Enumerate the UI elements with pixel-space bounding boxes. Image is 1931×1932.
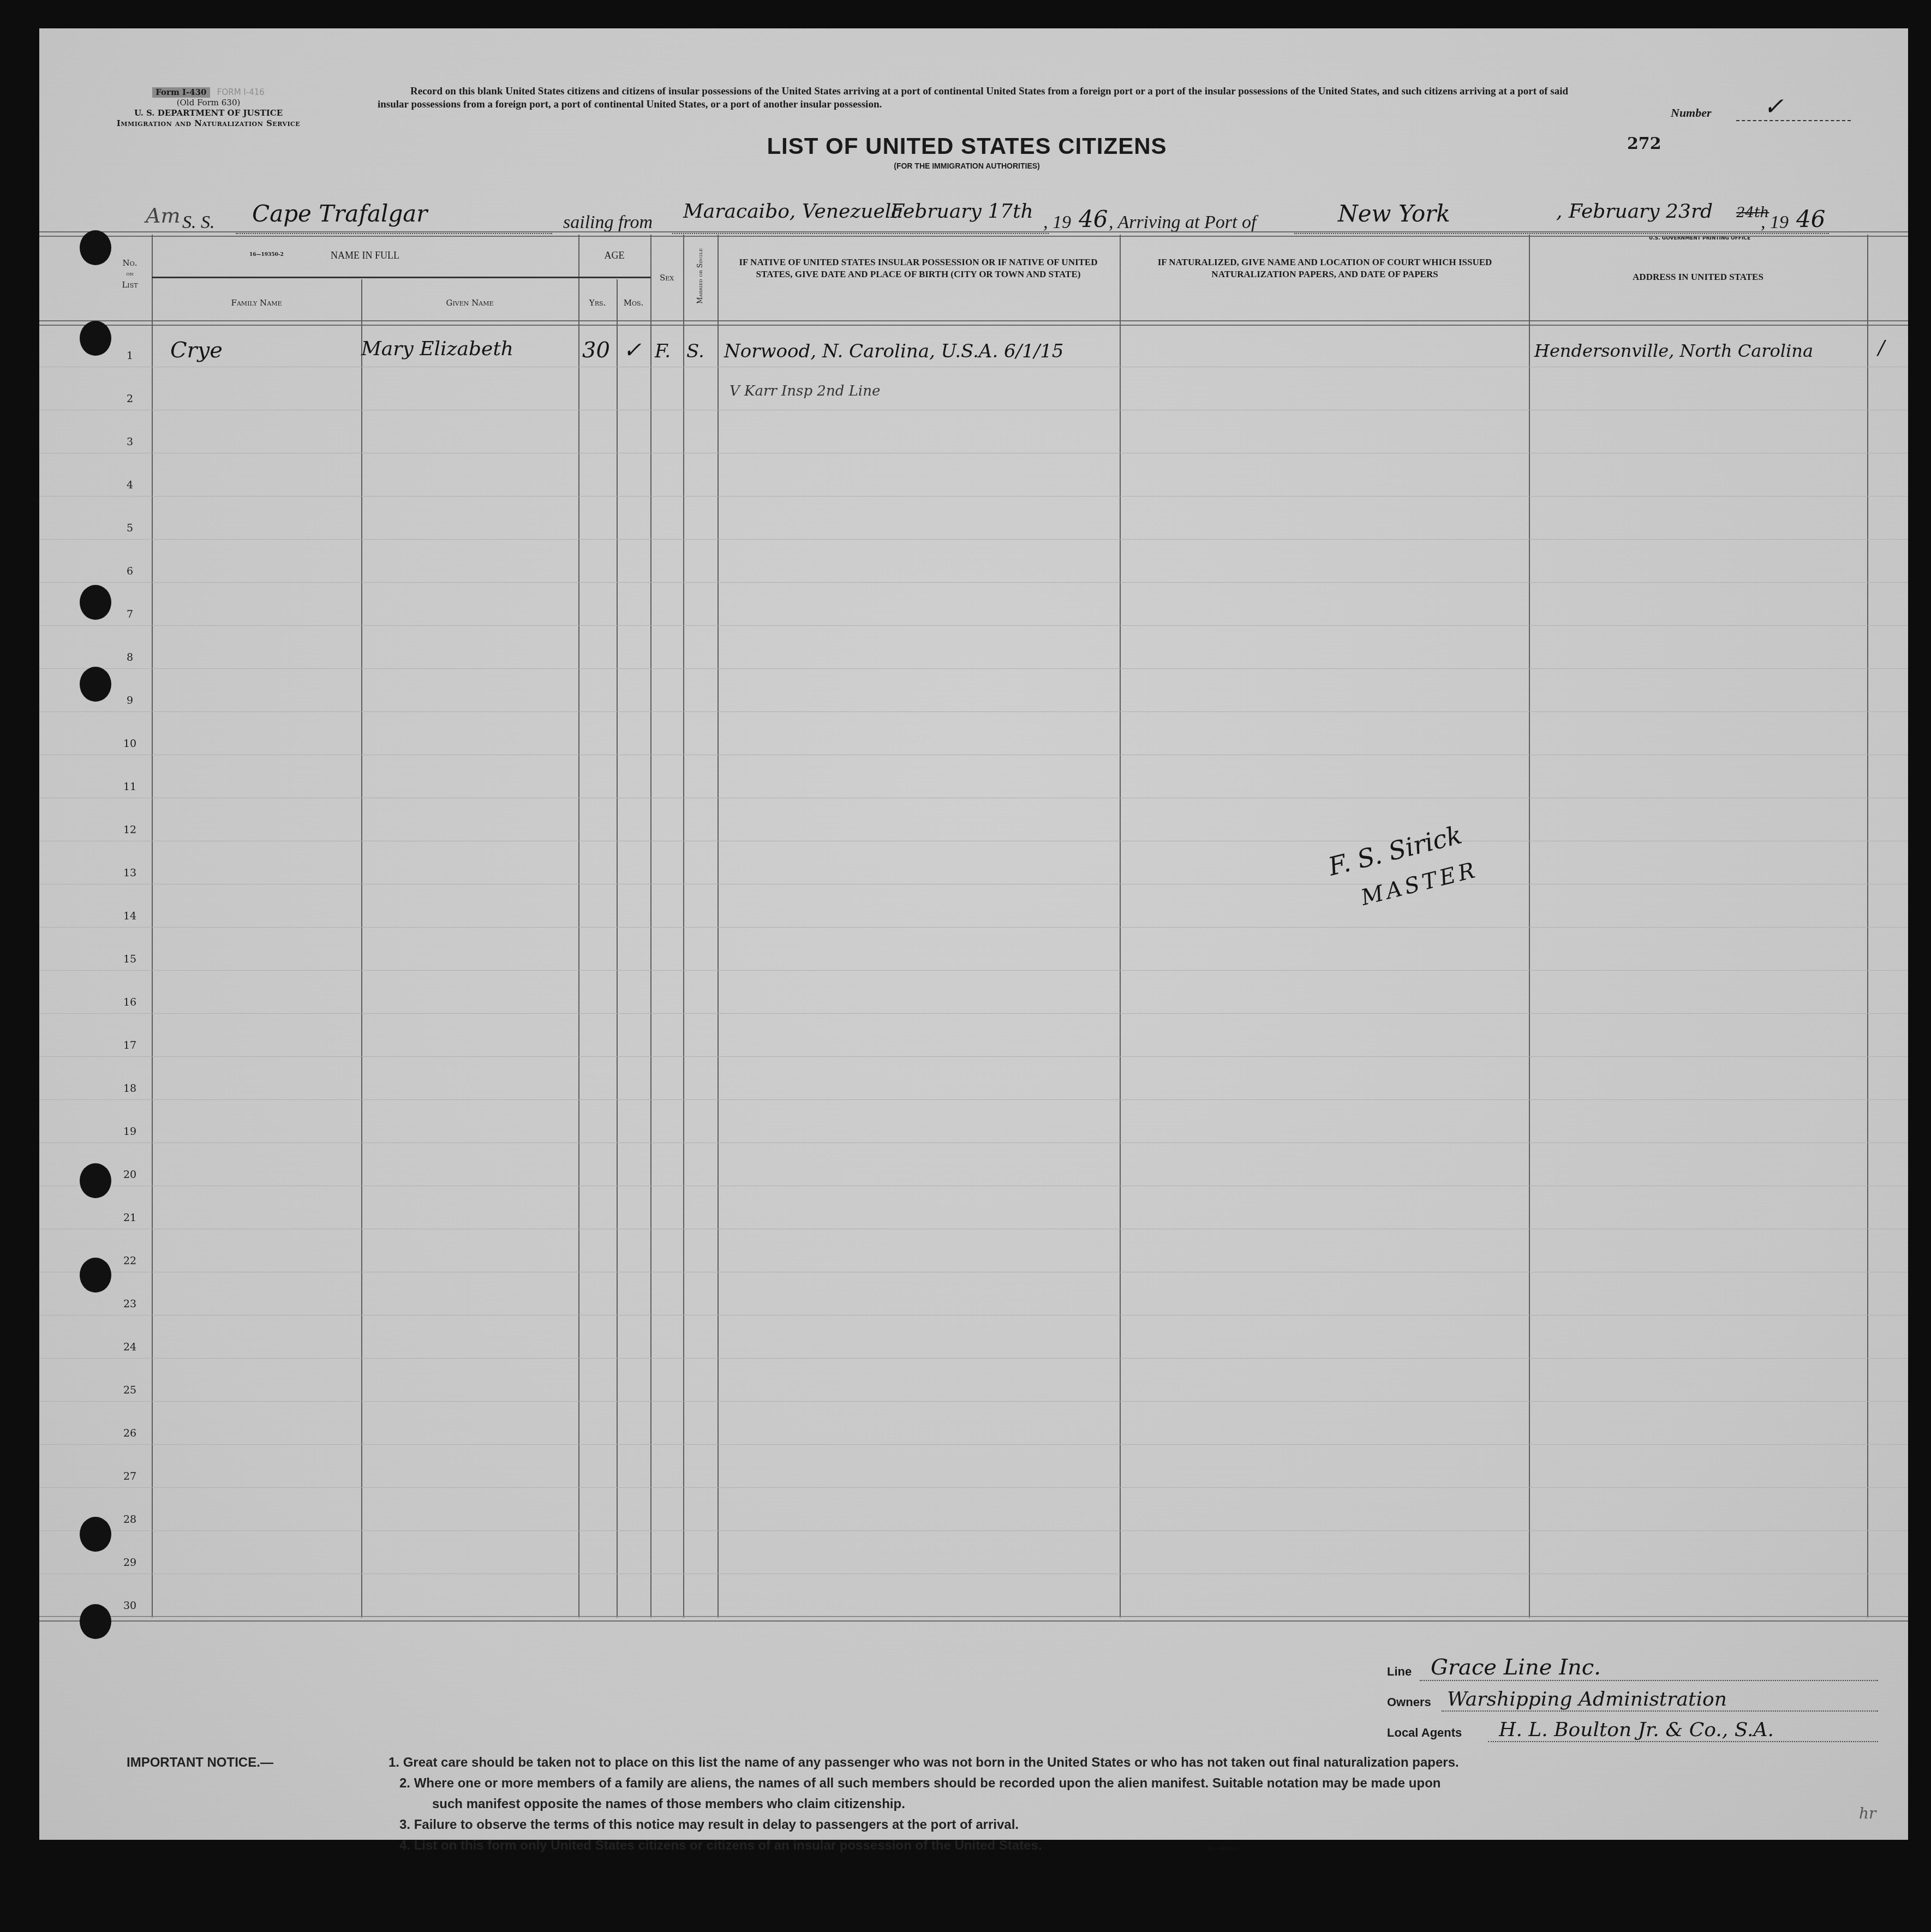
row-number: 28 <box>108 1514 152 1526</box>
row-rule <box>39 410 1908 410</box>
notice-item-2-cont: such manifest opposite the names of thos… <box>432 1794 905 1815</box>
margin-annotation: hr <box>1859 1804 1876 1822</box>
row-rule <box>39 367 1908 367</box>
row-rule <box>39 1143 1908 1143</box>
entry-age-yrs: 30 <box>582 338 610 363</box>
col-divider <box>718 235 719 1618</box>
agents-value: H. L. Boulton Jr. & Co., S.A. <box>1499 1719 1774 1741</box>
col-divider <box>578 235 579 1618</box>
line-label: Line <box>1387 1665 1412 1679</box>
entry-family-name: Crye <box>170 338 223 363</box>
number-label: Number <box>1671 106 1712 120</box>
arrival-date: , February 23rd <box>1556 200 1713 223</box>
header-yrs: Yrs. <box>578 297 617 309</box>
row-number: 7 <box>108 608 152 620</box>
notice-item-3: 3. Failure to observe the terms of this … <box>399 1815 1019 1835</box>
page-title: LIST OF UNITED STATES CITIZENS <box>694 133 1240 159</box>
agency-block: Form I-430 FORM I-416 (Old Form 630) U. … <box>94 87 323 129</box>
row-number: 15 <box>108 953 152 965</box>
col-divider <box>1120 235 1121 1618</box>
punch-hole <box>80 321 111 356</box>
row-number: 10 <box>108 738 152 750</box>
notice-heading: IMPORTANT NOTICE.— <box>127 1752 273 1773</box>
row-rule <box>39 1056 1908 1057</box>
row-rule <box>39 1401 1908 1402</box>
owners-label: Owners <box>1387 1695 1431 1709</box>
row-rule <box>39 1487 1908 1488</box>
row-number: 5 <box>108 522 152 534</box>
row-rule <box>39 1229 1908 1229</box>
row-rule <box>39 668 1908 669</box>
row-rule <box>39 1186 1908 1186</box>
col-divider <box>152 235 153 1618</box>
row-rule <box>39 1272 1908 1272</box>
ship-info-block: Line Grace Line Inc. Owners Warshipping … <box>1354 1652 1878 1743</box>
sailing-from-label: sailing from <box>563 212 653 233</box>
ship-prefix-hand: Am <box>146 204 180 228</box>
row-number: 23 <box>108 1298 152 1310</box>
row-rule <box>39 927 1908 928</box>
preamble-text: Record on this blank United States citiz… <box>378 85 1600 111</box>
header-birth: IF NATIVE OF UNITED STATES INSULAR POSSE… <box>721 256 1115 280</box>
row-number: 2 <box>108 393 152 405</box>
header-bottom-rule <box>39 320 1908 326</box>
page-number: 272 <box>1627 134 1661 153</box>
row-number: 24 <box>108 1341 152 1353</box>
row-rule <box>39 970 1908 971</box>
row-rule <box>39 539 1908 540</box>
entry-marital-status: S. <box>686 340 704 362</box>
service-label: Immigration and Naturalization Service <box>94 118 323 129</box>
header-address: ADDRESS IN UNITED STATES <box>1529 271 1867 283</box>
row-number: 3 <box>108 436 152 448</box>
row-number: 30 <box>108 1600 152 1612</box>
row-number: 26 <box>108 1427 152 1439</box>
punch-hole <box>80 1163 111 1198</box>
footer-form-code: 16—19350-2 <box>1207 1846 1239 1852</box>
old-form-label: (Old Form 630) <box>94 98 323 108</box>
form-number-old: Form I-430 <box>152 87 210 98</box>
arrival-year: 46 <box>1796 206 1825 232</box>
owners-value: Warshipping Administration <box>1447 1688 1727 1710</box>
ss-label: S. S. <box>182 212 215 233</box>
row-rule <box>39 582 1908 583</box>
row-rule <box>39 453 1908 453</box>
col-divider <box>361 279 362 1618</box>
departure-port: Maracaibo, Venezuela <box>683 200 903 223</box>
departure-date: February 17th <box>890 200 1033 223</box>
row-number: 18 <box>108 1082 152 1094</box>
row-rule <box>39 496 1908 497</box>
ship-name: Cape Trafalgar <box>252 200 427 227</box>
row-rule <box>39 1574 1908 1574</box>
form-number-stamp: FORM I-416 <box>217 87 265 97</box>
punch-hole <box>80 1517 111 1552</box>
col-divider <box>617 279 618 1618</box>
header-no-on-list: No. on List <box>108 258 152 290</box>
row-number: 27 <box>108 1470 152 1482</box>
header-family-name: Family Name <box>152 297 361 309</box>
row-number: 1 <box>108 350 152 362</box>
row-number: 19 <box>108 1126 152 1138</box>
header-top-rule <box>39 231 1908 237</box>
arriving-label: , Arriving at Port of <box>1109 212 1256 233</box>
header-sex: Sex <box>650 272 683 284</box>
row-number: 13 <box>108 867 152 879</box>
header-married-or-single: Married or Single <box>696 225 704 327</box>
punch-hole <box>80 1604 111 1639</box>
line-row: Line Grace Line Inc. <box>1354 1652 1878 1682</box>
row-rule <box>39 1099 1908 1100</box>
col-divider <box>650 235 651 1618</box>
row-rule <box>39 1617 1908 1617</box>
department-label: U. S. DEPARTMENT OF JUSTICE <box>94 108 323 118</box>
row-rule <box>39 625 1908 626</box>
name-age-subrule <box>152 277 650 278</box>
header-name-in-full: NAME IN FULL <box>152 249 578 261</box>
entry-age-mos: ✓ <box>623 338 642 363</box>
entry-given-name: Mary Elizabeth <box>361 338 513 360</box>
row-number: 29 <box>108 1557 152 1569</box>
row-rule <box>39 1013 1908 1014</box>
number-checkmark: ✓ <box>1763 93 1784 121</box>
row-rule <box>39 1444 1908 1445</box>
col-divider <box>1867 235 1868 1618</box>
row-number: 20 <box>108 1169 152 1181</box>
row-number: 6 <box>108 565 152 577</box>
agents-row: Local Agents H. L. Boulton Jr. & Co., S.… <box>1354 1713 1878 1743</box>
row-number: 22 <box>108 1255 152 1267</box>
row-number: 12 <box>108 824 152 836</box>
row-number: 8 <box>108 651 152 663</box>
punch-hole <box>80 230 111 265</box>
line-value: Grace Line Inc. <box>1431 1655 1601 1680</box>
manifest-page: Form I-430 FORM I-416 (Old Form 630) U. … <box>39 28 1908 1840</box>
entry-address: Hendersonville, North Carolina <box>1534 340 1813 361</box>
entry-tick-mark: / <box>1878 337 1885 359</box>
row-number: 25 <box>108 1384 152 1396</box>
row-rule <box>39 798 1908 798</box>
row-rule <box>39 755 1908 755</box>
row-number: 16 <box>108 996 152 1008</box>
departure-year: 46 <box>1079 206 1108 232</box>
arrival-port: New York <box>1338 200 1450 227</box>
row-rule <box>39 884 1908 884</box>
entry-birth-place-date: Norwood, N. Carolina, U.S.A. 6/1/15 <box>724 340 1063 362</box>
arrival-year-prefix: , 19 <box>1761 212 1789 233</box>
punch-hole <box>80 667 111 702</box>
departure-year-prefix: , 19 <box>1043 212 1071 233</box>
owners-row: Owners Warshipping Administration <box>1354 1682 1878 1713</box>
punch-hole <box>80 585 111 620</box>
row-number: 9 <box>108 695 152 707</box>
col-divider <box>1529 235 1530 1618</box>
notice-item-1: 1. Great care should be taken not to pla… <box>388 1752 1459 1773</box>
header-age: AGE <box>578 249 650 261</box>
page-subtitle: (FOR THE IMMIGRATION AUTHORITIES) <box>694 162 1240 170</box>
header-given-name: Given Name <box>361 297 578 309</box>
header-mos: Mos. <box>617 297 650 309</box>
row-rule <box>39 711 1908 712</box>
row-rule <box>39 841 1908 841</box>
header-naturalized: IF NATURALIZED, GIVE NAME AND LOCATION O… <box>1125 256 1525 280</box>
row-rule <box>39 1530 1908 1531</box>
row-number: 17 <box>108 1039 152 1051</box>
col-divider <box>683 235 684 1618</box>
entry-sex: F. <box>655 340 671 362</box>
row-rule <box>39 1358 1908 1359</box>
punch-hole <box>80 1258 111 1293</box>
notice-item-4: 4. List on this form only United States … <box>399 1835 1042 1856</box>
number-line <box>1736 120 1851 121</box>
row-number: 11 <box>108 781 152 793</box>
agents-label: Local Agents <box>1387 1726 1462 1740</box>
notice-item-2: 2. Where one or more members of a family… <box>399 1773 1440 1794</box>
row-rule <box>39 1315 1908 1315</box>
row-number: 14 <box>108 910 152 922</box>
row-number: 21 <box>108 1212 152 1224</box>
row-number: 4 <box>108 479 152 491</box>
entry-inspector-note: V Karr Insp 2nd Line <box>730 383 880 399</box>
